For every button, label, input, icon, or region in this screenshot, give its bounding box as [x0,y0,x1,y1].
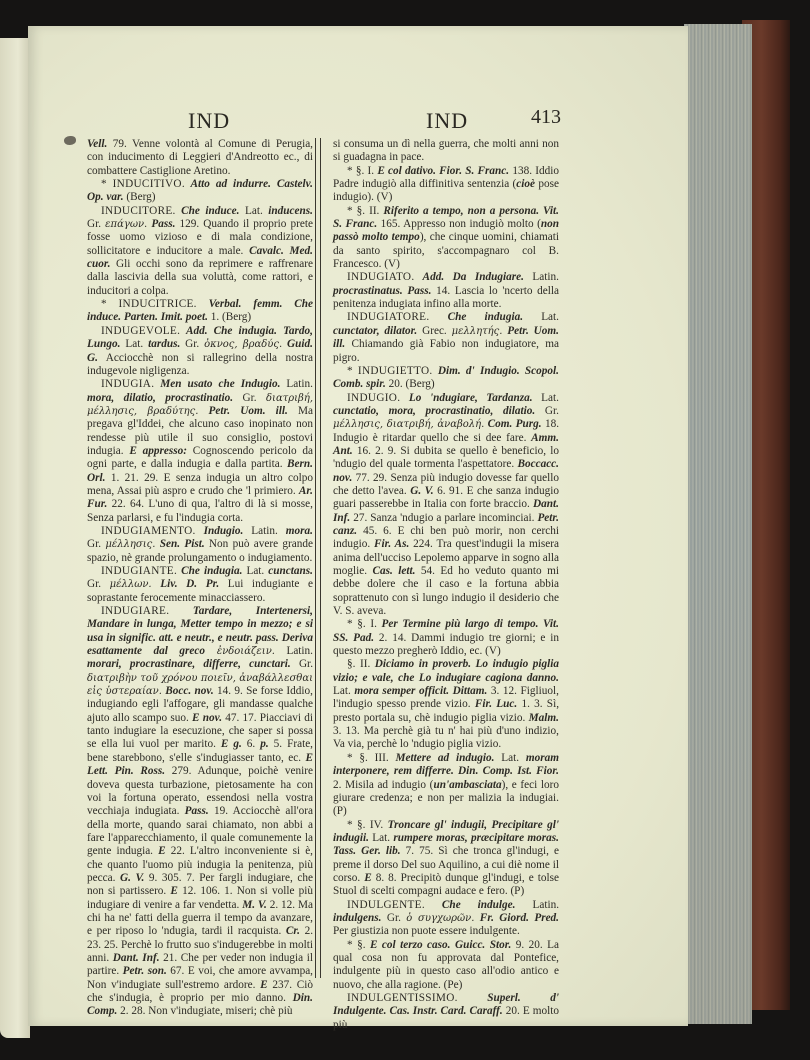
body-text: Latin. [280,378,313,390]
italic-text: Fir. Luc. [475,698,517,710]
body-text: Lat. [533,392,559,404]
body-text: * §. II. [347,205,383,217]
body-text: Lat. [333,685,354,697]
headword: INDUCITRICE. [119,298,197,310]
dictionary-entry: * INDUCITIVO. Atto ad indurre. Castelv. … [87,178,313,205]
headword: INDUCITORE. [101,205,176,217]
headword: INDUGIATORE. [347,311,429,323]
italic-text: E g. [221,738,242,750]
body-text: 22. 64. L'uno di qua, l'altro di là si m… [87,498,313,523]
italic-text: un'ambasciata [433,779,501,791]
italic-text: tardus. [148,338,180,350]
dictionary-entry: * INDUCITRICE. Verbal. femm. Che induce.… [87,298,313,325]
body-text: Lat. [494,752,525,764]
italic-text: Malm. [529,712,559,724]
italic-text: Indugio. [196,525,244,537]
running-header: IND IND 413 [28,108,688,134]
body-text: Gr. [87,218,105,230]
italic-text: M. V. [242,899,267,911]
italic-text: Cas. lett. [373,565,416,577]
italic-text: Men usato che Indugio. [154,378,280,390]
dictionary-entry: * §. III. Mettere ad indugio. Lat. moram… [333,752,559,819]
italic-text: morari, procrastinare, differre, cunctar… [87,658,291,670]
dictionary-entry: INDUGIAMENTO. Indugio. Latin. mora. Gr. … [87,525,313,565]
body-text: 1. (Berg) [208,311,251,323]
body-text: 3. 13. Ma perchè già tu n' hai più d'uno… [333,725,559,750]
body-text: si consuma un dì nella guerra, che molti… [333,138,559,163]
body-text: Gr. [535,405,559,417]
dictionary-entry: INDUGIO. Lo 'ndugiare, Tardanza. Lat. cu… [333,392,559,619]
italic-text: E col dativo. Fior. S. Franc. [377,165,509,177]
italic-text: G. V. [120,872,144,884]
dictionary-entry: INDUGIATORE. Che indugia. Lat. cunctator… [333,311,559,364]
running-head-right: IND [426,108,468,134]
italic-text: cunctatio, mora, procrastinatio, dilatio… [333,405,535,417]
greek-text: ὁ συγχωρῶν. [406,913,474,924]
headword: INDUGIAMENTO. [101,525,196,537]
dictionary-entry: INDULGENTE. Che indulge. Latin. indulgen… [333,899,559,939]
body-text: Gr. [87,578,110,590]
italic-text: Vell. [87,138,107,150]
italic-text: Petr. Uom. ill. [198,405,287,417]
dictionary-entry: INDUCITORE. Che induce. Lat. inducens. G… [87,205,313,298]
italic-text: Petr. son. [123,965,167,977]
body-text: Latin. [275,645,313,657]
body-text: 27. Sanza 'ndugio a parlare incominciai. [350,512,537,524]
headword: INDUGIARE. [101,605,169,617]
italic-text: Add. Da Indugiare. [414,271,523,283]
headword: INDUGIA. [101,378,154,390]
dictionary-entry: INDUGIATO. Add. Da Indugiare. Latin. pro… [333,271,559,311]
body-text: 2. Misila ad indugio ( [333,779,433,791]
entry-continuation: Vell. 79. Venne volontà al Comune di Per… [87,138,313,178]
body-text: * §. I. [347,618,382,630]
dictionary-entry: * INDUGIETTO. Dim. d' Indugio. Scopol. C… [333,365,559,392]
italic-text: Cr. [286,925,300,937]
body-text: Per giustizia non puote essere indulgent… [333,925,520,937]
body-text: 20. (Berg) [386,378,435,390]
greek-text: μελλητής. [452,326,503,337]
body-text: * [101,298,119,310]
body-text: * §. [347,939,370,951]
body-text: Gr. [381,912,406,924]
dictionary-entry: * §. I. Per Termine più largo di tempo. … [333,618,559,658]
body-text: * §. I. [347,165,377,177]
right-column: si consuma un dì nella guerra, che molti… [333,138,559,1032]
body-text: 79. Venne volontà al Comune di Perugia, … [87,138,313,177]
body-text: Lat. [242,565,268,577]
body-text: Gr. [291,658,313,670]
italic-text: E [364,872,372,884]
italic-text: Che indugia. [177,565,242,577]
left-column: Vell. 79. Venne volontà al Comune di Per… [87,138,313,1019]
italic-text: cioè [516,178,535,190]
italic-text: Dant. Inf. [113,952,160,964]
entry-continuation: si consuma un dì nella guerra, che molti… [333,138,559,165]
italic-text: indulgens. [333,912,381,924]
body-text: Latin. [243,525,285,537]
italic-text: mora. [286,525,313,537]
body-text: 165. Appresso non indugiò molto ( [377,218,541,230]
headword: INDULGENTISSIMO. [347,992,458,1004]
italic-text: procrastinatus. Pass. [333,285,431,297]
italic-text: inducens. [268,205,313,217]
italic-text: Com. Purg. [484,418,541,430]
italic-text: Lo 'ndugiare, Tardanza. [400,392,532,404]
dictionary-entry: * §. I. E col dativo. Fior. S. Franc. 13… [333,165,559,205]
italic-text: p. [260,738,268,750]
italic-text: Che induce. [176,205,240,217]
body-text: 2. 28. Non v'indugiate, miseri; chè più [117,1005,292,1017]
dictionary-entry: * §. E col terzo caso. Guicc. Stor. 9. 2… [333,939,559,992]
italic-text: E nov. [192,712,222,724]
italic-text: Fir. As. [374,538,409,550]
body-text: Lat. [239,205,268,217]
body-text: Lat. [523,311,559,323]
dictionary-entry: * §. IV. Troncare gl' indugii, Precipita… [333,819,559,899]
dictionary-entry: * §. II. Riferito a tempo, non a persona… [333,205,559,272]
body-text: 1. 21. 29. E senza indugia un altro colp… [87,472,313,497]
italic-text: Bocc. nov. [162,685,214,697]
dictionary-entry: INDUGIA. Men usato che Indugio. Latin. m… [87,378,313,525]
italic-text: Mettere ad indugio. [396,752,495,764]
dictionary-entry: INDUGIANTE. Che indugia. Lat. cunctans. … [87,565,313,605]
italic-text: mora semper officit. Dittam. [354,685,487,697]
dictionary-page: IND IND 413 Vell. 79. Venne volontà al C… [28,26,688,1026]
italic-text: Pass. [147,218,175,230]
italic-text: Sen. Pist. [155,538,204,550]
page-number: 413 [531,106,561,129]
italic-text: E [260,979,268,991]
page-block-edges [684,24,752,1024]
headword: INDUGIETTO. [358,365,433,377]
italic-text: E col terzo caso. Guicc. Stor. [370,939,511,951]
body-text: Grec. [417,325,451,337]
body-text: * §. III. [347,752,396,764]
italic-text: cunctans. [268,565,313,577]
italic-text: Che indulge. [425,899,516,911]
dictionary-entry: INDUGIARE. Tardare, Intertenersi, Mandar… [87,605,313,1019]
body-text: Latin. [524,271,559,283]
greek-text: επάγων. [105,219,147,230]
body-text: Gli occhi sono da reprimere e raffrenare… [87,258,313,297]
left-page-edge [0,38,30,1038]
headword: INDUGIO. [347,392,400,404]
body-text: 6. [242,738,260,750]
body-text: Latin. [515,899,559,911]
greek-text: μέλλησις, διατριβή, ἀναβολή. [333,419,484,430]
column-divider [315,138,321,978]
italic-text: G. V. [410,485,433,497]
italic-text: cunctator, dilator. [333,325,417,337]
greek-text: μέλλησις. [105,539,155,550]
body-text: (Berg) [124,191,156,203]
headword: INDULGENTE. [347,899,425,911]
headword: INDUCITIVO. [113,178,185,190]
running-head-left: IND [188,108,230,134]
italic-text: mora, dilatio, procrastinatio. [87,392,233,404]
body-text: Chiamando già Fabio non indugiatore, ma … [333,338,559,363]
italic-text: E [170,885,178,897]
body-text: §. II. [347,658,375,670]
headword: INDUGIATO. [347,271,414,283]
greek-text: ἐνδοιάζειν. [205,646,275,657]
body-text: Lat. [120,338,148,350]
italic-text: Fr. Giord. Pred. [474,912,559,924]
dictionary-entry: INDULGENTISSIMO. Superl. d' Indulgente. … [333,992,559,1032]
body-text: Acciocchè non si rallegrino della nostra… [87,352,313,377]
dictionary-entry: §. II. Diciamo in proverb. Lo indugio pi… [333,658,559,751]
body-text: Gr. [87,538,105,550]
body-text: Gr. [233,392,266,404]
body-text: * [347,365,358,377]
italic-text: Che indugia. [429,311,523,323]
greek-text: μέλλων. [110,579,152,590]
italic-text: E [158,845,166,857]
body-text: Gr. [180,338,204,350]
italic-text: Liv. D. Pr. [152,578,220,590]
dictionary-entry: INDUGEVOLE. Add. Che indugia. Tardo, Lun… [87,325,313,378]
ink-stain [64,136,76,145]
body-text: * [101,178,113,190]
italic-text: E appresso: [129,445,187,457]
body-text: Lat. [369,832,393,844]
greek-text: ὀκνος, βραδύς. [204,339,282,350]
headword: INDUGEVOLE. [101,325,180,337]
body-text: * §. IV. [347,819,388,831]
italic-text: Pass. [185,805,209,817]
headword: INDUGIANTE. [101,565,177,577]
